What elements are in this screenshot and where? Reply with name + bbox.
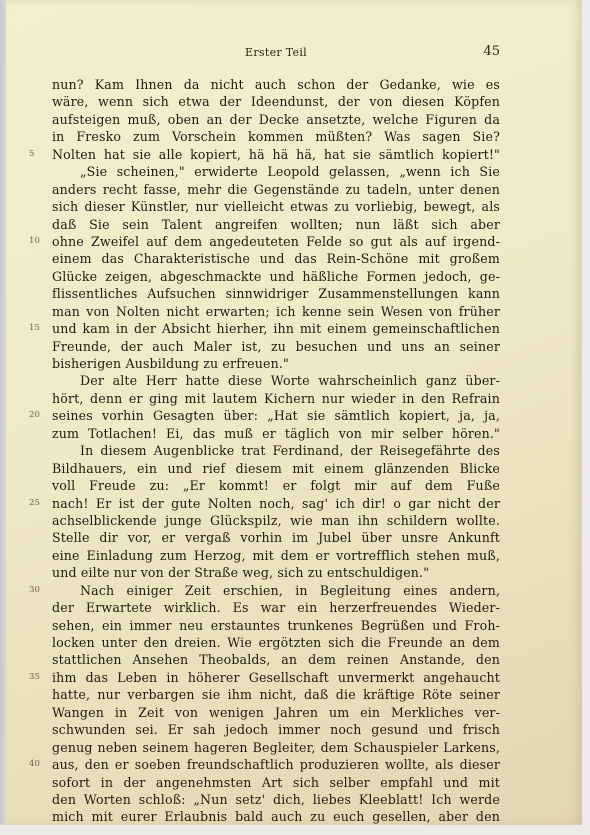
line-number: 20 (29, 407, 41, 424)
line-number: 15 (29, 320, 41, 337)
line-text: voll Freude zu: „Er kommt! er folgt mir … (52, 478, 500, 493)
line-text: den Worten schloß: „Nun setz' dich, lieb… (52, 792, 500, 807)
line-text: Wangen in Zeit von wenigen Jahren um ein… (52, 705, 500, 720)
text-line: genug neben seinem hageren Begleiter, de… (52, 739, 500, 756)
text-line: Bildhauers, ein und rief diesem mit eine… (52, 460, 500, 477)
text-line: Freunde, der auch Maler ist, zu besuchen… (52, 338, 500, 355)
text-line: 15und kam in der Absicht hierher, ihn mi… (52, 320, 500, 337)
text-line: „Sie scheinen," erwiderte Leopold gelass… (52, 163, 500, 180)
text-line: 30Nach einiger Zeit erschien, in Begleit… (52, 582, 500, 599)
line-text: und kam in der Absicht hierher, ihn mit … (52, 321, 500, 336)
body-text: nun? Kam Ihnen da nicht auch schon der G… (52, 76, 500, 826)
line-text: achselblickende junge Glückspilz, wie ma… (52, 513, 500, 528)
line-text: einem das Charakteristische und das Rein… (52, 251, 500, 266)
text-line: 35ihm das Leben in höherer Gesellschaft … (52, 669, 500, 686)
text-line: daß Sie sein Talent angreifen wollten; n… (52, 216, 500, 233)
line-text: sehen, ein immer neu erstauntes trunkene… (52, 618, 500, 633)
text-line: schwunden sei. Er sah jedoch immer noch … (52, 721, 500, 738)
line-text: Freunde, der auch Maler ist, zu besuchen… (52, 339, 500, 354)
text-line: sofort in der angenehmsten Art sich selb… (52, 774, 500, 791)
text-line: bisherigen Ausbildung zu erfreuen." (52, 355, 500, 372)
line-text: Stelle dir vor, er vergaß vorhin im Jube… (52, 530, 500, 545)
line-text: Bildhauers, ein und rief diesem mit eine… (52, 461, 500, 476)
text-line: In diesem Augenblicke trat Ferdinand, de… (52, 442, 500, 459)
text-line: flissentliches Aufsuchen sinnwidriger Zu… (52, 285, 500, 302)
text-line: 20seines vorhin Gesagten über: „Hat sie … (52, 407, 500, 424)
text-line: voll Freude zu: „Er kommt! er folgt mir … (52, 477, 500, 494)
line-text: schwunden sei. Er sah jedoch immer noch … (52, 722, 500, 737)
text-line: hatte, nur verbargen sie ihm nicht, daß … (52, 686, 500, 703)
line-text: daß Sie sein Talent angreifen wollten; n… (52, 217, 500, 232)
running-title: Erster Teil (52, 46, 500, 59)
line-text: Glücke zeigen, abgeschmackte und häßlich… (52, 269, 500, 284)
line-text: ohne Zweifel auf dem angedeuteten Felde … (52, 234, 500, 249)
line-text: zum Totlachen! Ei, das muß er täglich vo… (52, 426, 500, 441)
text-line: und eilte nur von der Straße weg, sich z… (52, 564, 500, 581)
line-text: anders recht fasse, mehr die Gegenstände… (52, 182, 500, 197)
page-bottom-margin (0, 825, 590, 835)
text-line: in Fresko zum Vorschein kommen müßten? W… (52, 128, 500, 145)
line-text: hatte, nur verbargen sie ihm nicht, daß … (52, 687, 500, 702)
text-line: sich dieser Künstler, nur vielleicht etw… (52, 198, 500, 215)
line-text: der Erwartete wirklich. Es war ein herze… (52, 600, 500, 615)
text-line: wäre, wenn sich etwa der Ideendunst, der… (52, 93, 500, 110)
text-line: nun? Kam Ihnen da nicht auch schon der G… (52, 76, 500, 93)
line-number: 10 (29, 233, 41, 250)
text-line: man von Nolten nicht erwarten; ich kenne… (52, 303, 500, 320)
text-line: 25nach! Er ist der gute Nolten noch, sag… (52, 495, 500, 512)
line-text: aufsteigen muß, oben an der Decke ansetz… (52, 112, 500, 127)
text-line: 10ohne Zweifel auf dem angedeuteten Feld… (52, 233, 500, 250)
text-line: hört, denn er ging mit lautem Kichern nu… (52, 390, 500, 407)
text-line: 40aus, den er soeben freundschaftlich pr… (52, 756, 500, 773)
text-line: eine Einladung zum Herzog, mit dem er vo… (52, 547, 500, 564)
line-number: 30 (29, 582, 41, 599)
text-line: mich mit eurer Erlaubnis bald auch zu eu… (52, 808, 500, 825)
text-line: Glücke zeigen, abgeschmackte und häßlich… (52, 268, 500, 285)
text-line: 5Nolten hat sie alle kopiert, hä hä hä, … (52, 146, 500, 163)
text-line: Der alte Herr hatte diese Worte wahrsche… (52, 372, 500, 389)
text-line: der Erwartete wirklich. Es war ein herze… (52, 599, 500, 616)
text-line: den Worten schloß: „Nun setz' dich, lieb… (52, 791, 500, 808)
line-number: 40 (29, 756, 41, 773)
line-text: seines vorhin Gesagten über: „Hat sie sä… (52, 408, 500, 423)
line-text: locken unter den dreien. Wie ergötzten s… (52, 635, 500, 650)
line-text: bisherigen Ausbildung zu erfreuen." (52, 356, 289, 371)
line-text: Nach einiger Zeit erschien, in Begleitun… (80, 583, 500, 598)
page-number: 45 (483, 44, 500, 59)
line-text: aus, den er soeben freundschaftlich prod… (52, 757, 500, 772)
text-line: Stelle dir vor, er vergaß vorhin im Jube… (52, 529, 500, 546)
line-text: Nolten hat sie alle kopiert, hä hä hä, h… (52, 147, 500, 162)
line-text: flissentliches Aufsuchen sinnwidriger Zu… (52, 286, 500, 301)
line-text: sofort in der angenehmsten Art sich selb… (52, 775, 500, 790)
line-text: man von Nolten nicht erwarten; ich kenne… (52, 304, 500, 319)
text-line: Wangen in Zeit von wenigen Jahren um ein… (52, 704, 500, 721)
line-number: 35 (29, 669, 41, 686)
line-text: wäre, wenn sich etwa der Ideendunst, der… (52, 94, 500, 109)
line-text: mich mit eurer Erlaubnis bald auch zu eu… (52, 809, 500, 824)
line-text: Der alte Herr hatte diese Worte wahrsche… (80, 373, 500, 388)
line-text: „Sie scheinen," erwiderte Leopold gelass… (80, 164, 500, 179)
text-line: sehen, ein immer neu erstauntes trunkene… (52, 617, 500, 634)
page-right-margin (582, 0, 590, 835)
line-number: 25 (29, 495, 41, 512)
text-line: achselblickende junge Glückspilz, wie ma… (52, 512, 500, 529)
line-text: nun? Kam Ihnen da nicht auch schon der G… (52, 77, 500, 92)
line-text: stattlichen Ansehen Theobalds, an dem re… (52, 652, 500, 667)
line-text: hört, denn er ging mit lautem Kichern nu… (52, 391, 500, 406)
text-line: aufsteigen muß, oben an der Decke ansetz… (52, 111, 500, 128)
line-text: sich dieser Künstler, nur vielleicht etw… (52, 199, 500, 214)
text-line: einem das Charakteristische und das Rein… (52, 250, 500, 267)
line-text: nach! Er ist der gute Nolten noch, sag' … (52, 496, 500, 511)
running-head: Erster Teil 45 (52, 44, 500, 64)
line-text: genug neben seinem hageren Begleiter, de… (52, 740, 500, 755)
line-text: In diesem Augenblicke trat Ferdinand, de… (80, 443, 500, 458)
line-text: und eilte nur von der Straße weg, sich z… (52, 565, 429, 580)
text-line: locken unter den dreien. Wie ergötzten s… (52, 634, 500, 651)
text-line: zum Totlachen! Ei, das muß er täglich vo… (52, 425, 500, 442)
line-number: 5 (29, 146, 41, 163)
line-text: in Fresko zum Vorschein kommen müßten? W… (52, 129, 500, 144)
text-line: stattlichen Ansehen Theobalds, an dem re… (52, 651, 500, 668)
line-text: ihm das Leben in höherer Gesellschaft un… (52, 670, 500, 685)
line-text: eine Einladung zum Herzog, mit dem er vo… (52, 548, 500, 563)
text-line: anders recht fasse, mehr die Gegenstände… (52, 181, 500, 198)
